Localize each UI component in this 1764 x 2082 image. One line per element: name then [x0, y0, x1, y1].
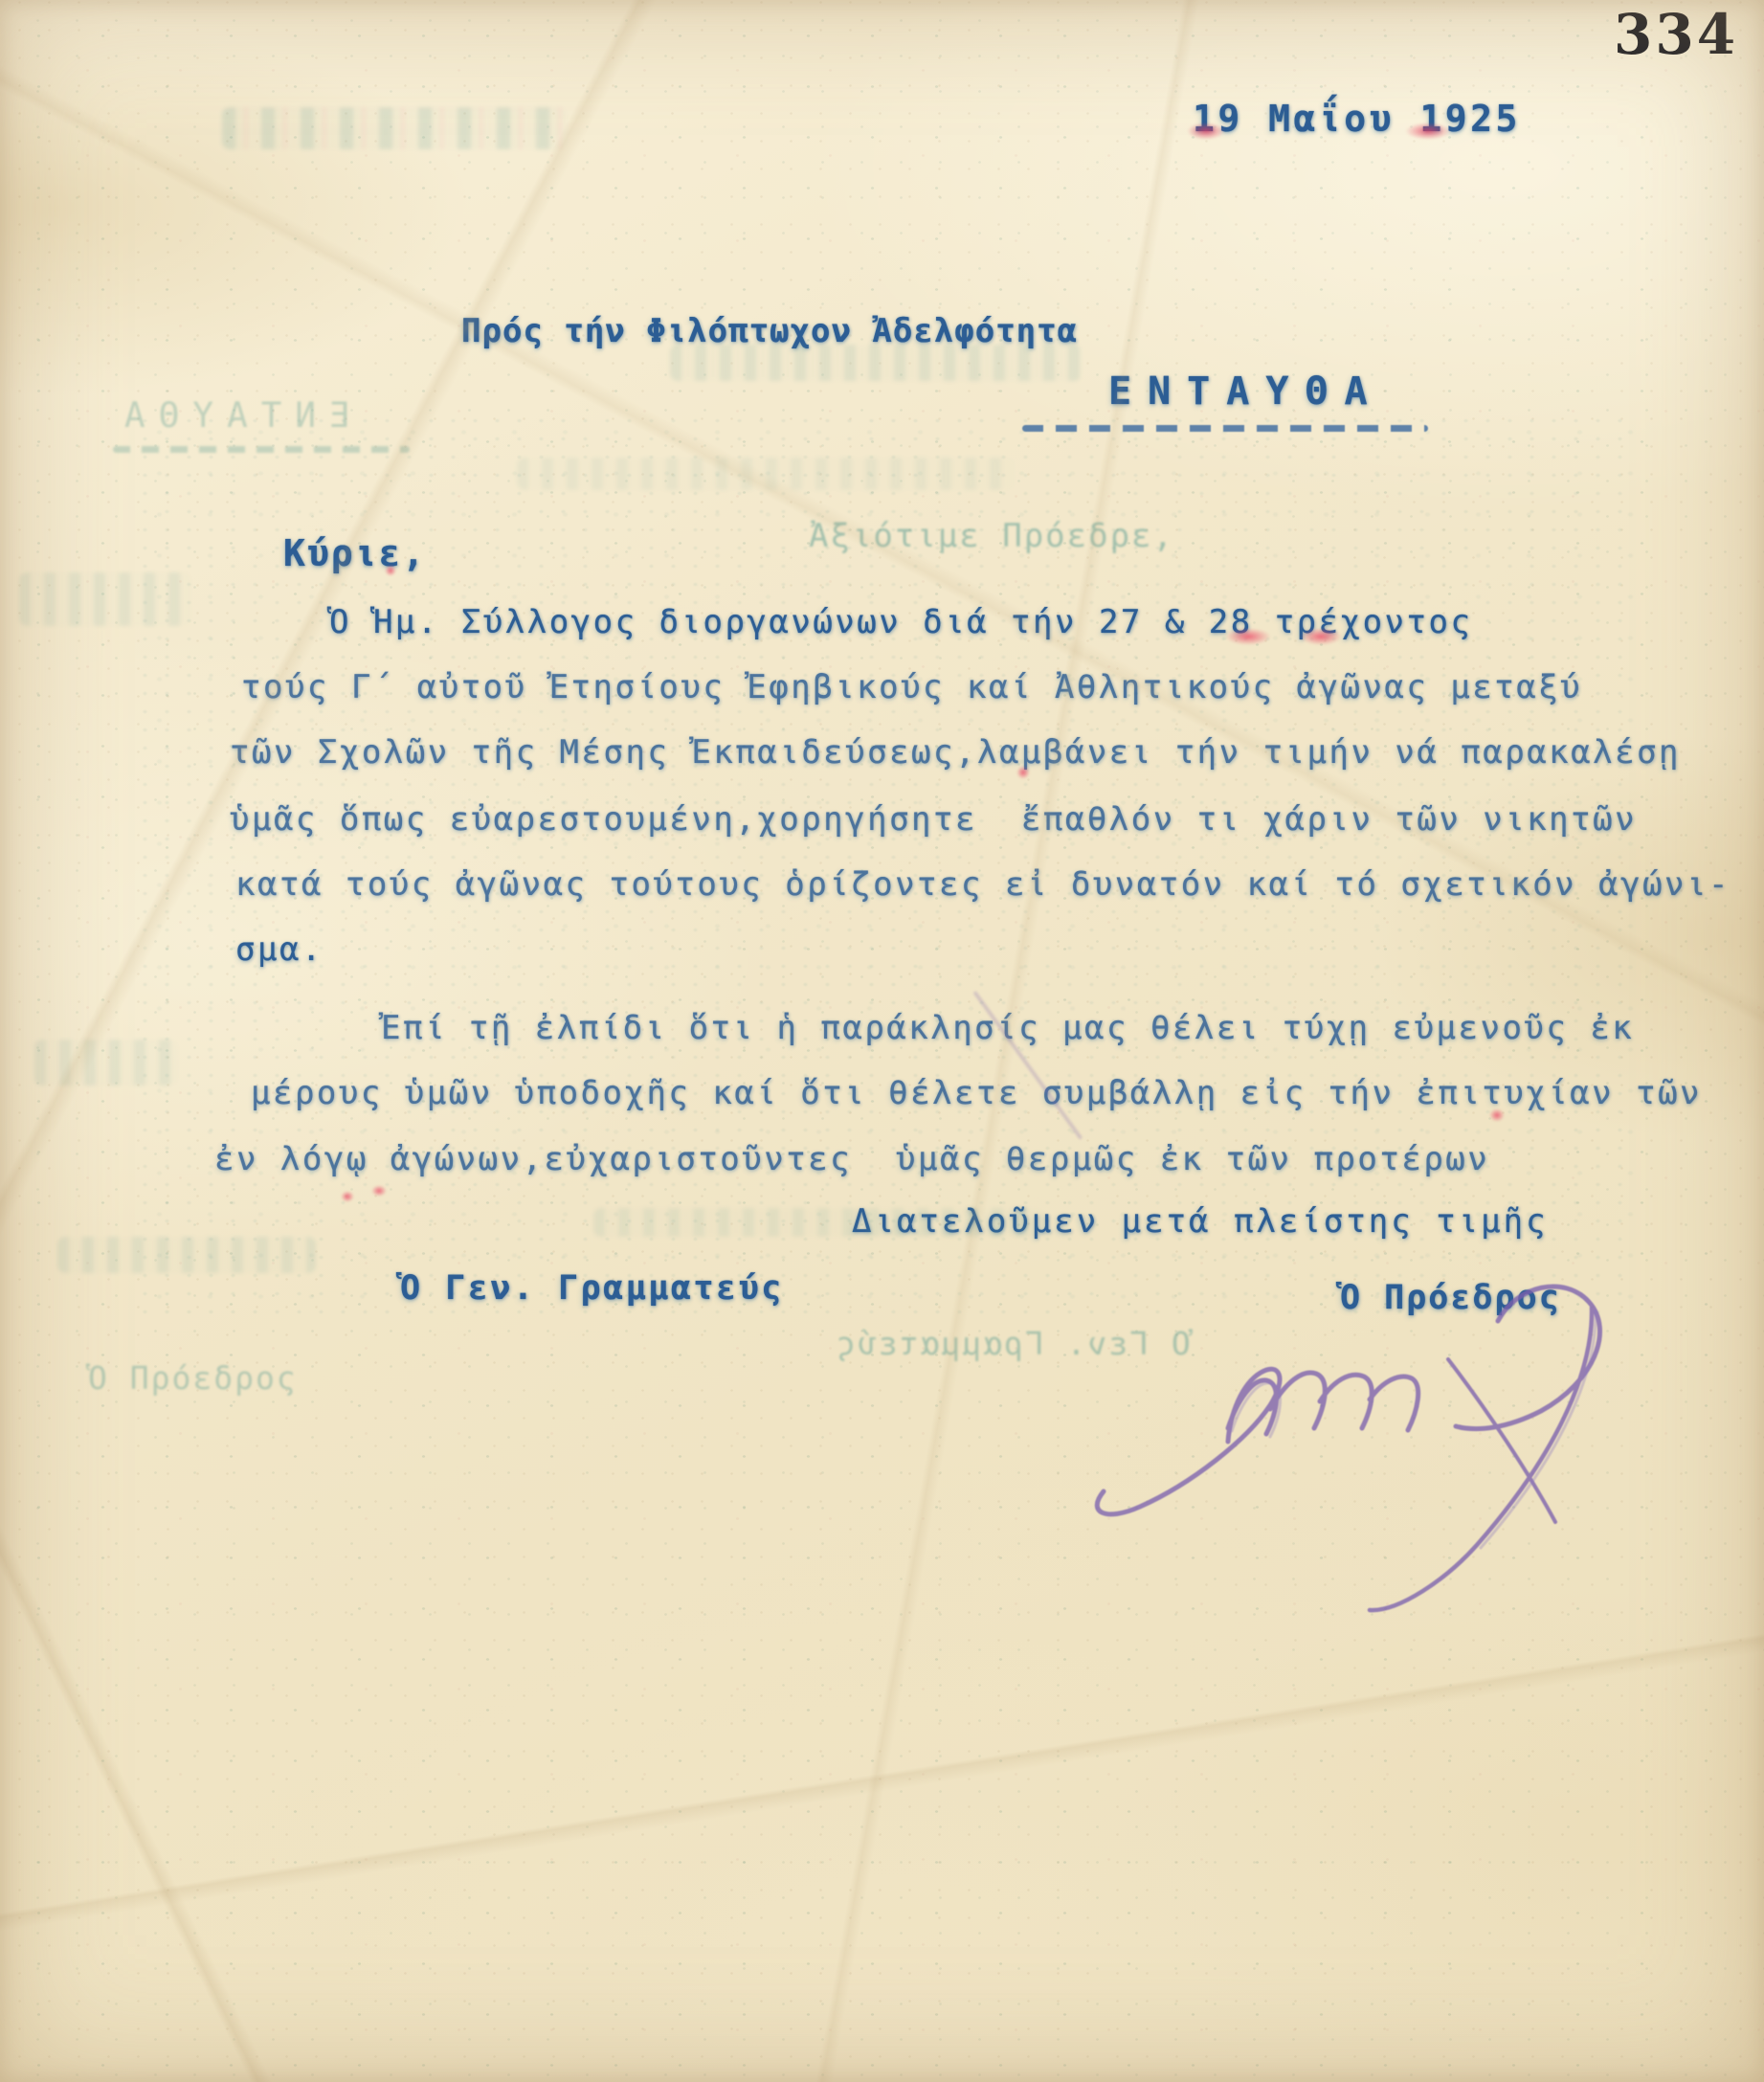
margin-smudge [19, 572, 191, 626]
salutation: Κύριε, [283, 532, 426, 574]
letter-date: 19 Μαΐου 1925 [1193, 98, 1521, 140]
bleed-president: Ὁ Πρόεδρος [88, 1359, 298, 1397]
margin-smudge [517, 458, 1015, 490]
body-paragraph-1-line-5: κατά τούς ἀγῶνας τούτους ὁρίζοντες εἰ δυ… [235, 865, 1731, 904]
entautha-underline [1022, 425, 1428, 432]
letter-page: 334 19 Μαΐου 1925 Πρός τήν Φιλόπτωχον Ἀδ… [0, 0, 1764, 2082]
body-paragraph-1-line-2: τούς Γ΄ αὐτοῦ Ἐτησίους Ἐφηβικούς καί Ἀθλ… [241, 668, 1582, 706]
body-paragraph-2-line-2: μέρους ὑμῶν ὑποδοχῆς καί ὅτι θέλετε συμβ… [251, 1074, 1702, 1112]
margin-smudge [34, 1040, 178, 1086]
body-paragraph-1-line-4: ὑμᾶς ὅπως εὐαρεστουμένη,χορηγήσητε ἔπαθλ… [230, 800, 1637, 839]
recipient-location: ΕΝΤΑΥΘΑ [1108, 369, 1384, 414]
recipient-line: Πρός τήν Φιλόπτωχον Ἀδελφότητα [461, 312, 1078, 350]
red-ink-mark [341, 1191, 354, 1202]
bleed-location-mirror: ΕΝΤΑΥΘΑ [111, 396, 350, 436]
body-paragraph-1-line-3: τῶν Σχολῶν τῆς Μέσης Ἐκπαιδεύσεως,λαμβάν… [230, 733, 1681, 772]
page-number: 334 [1614, 2, 1738, 67]
red-ink-mark [371, 1185, 387, 1197]
president-signature [1048, 1265, 1699, 1648]
body-paragraph-2-line-3: ἐν λόγῳ ἀγώνων,εὐχαριστοῦντες ὑμᾶς θερμῶ… [214, 1140, 1489, 1178]
bleed-greeting: Ἀξιότιμε Πρόεδρε, [809, 517, 1174, 555]
closing-line: Διατελοῦμεν μετά πλείστης τιμῆς [852, 1202, 1549, 1241]
bleed-underline [113, 446, 410, 453]
margin-smudge [57, 1237, 316, 1273]
body-paragraph-1-line-1: Ὁ Ἡμ. Σύλλογος διοργανώνων διά τήν 27 & … [329, 603, 1472, 641]
body-paragraph-1-line-6: σμα. [235, 930, 324, 969]
secretary-title: Ὁ Γεν. Γραμματεύς [400, 1269, 784, 1308]
faded-stamp-smudge [222, 107, 567, 149]
